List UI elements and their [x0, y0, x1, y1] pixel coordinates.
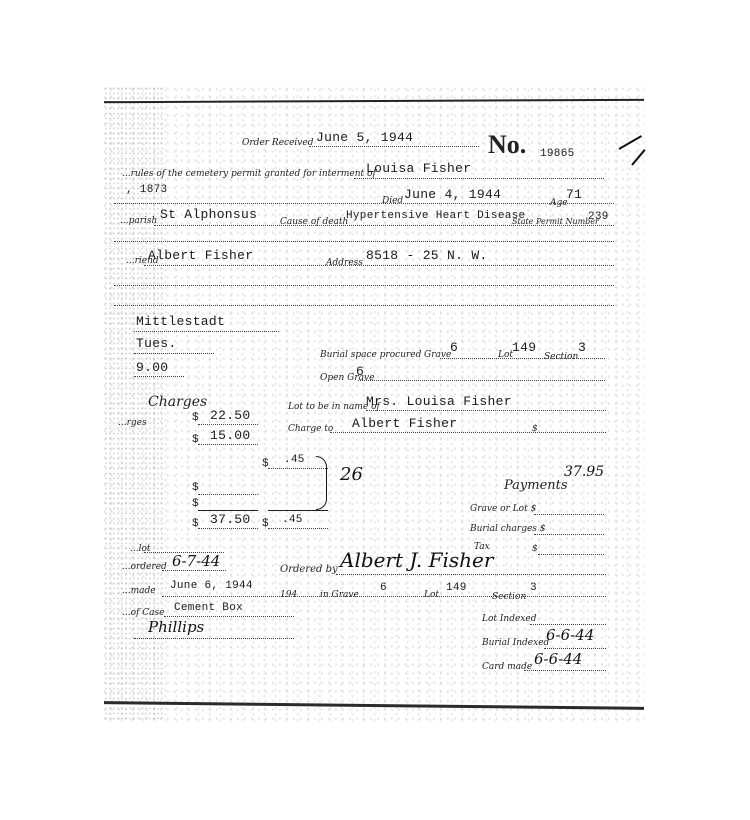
lot-indexed-line — [530, 624, 606, 625]
charges-dollar-4: $ — [192, 482, 199, 494]
died-label: Died — [382, 196, 403, 206]
card-made-value: 6-6-44 — [534, 650, 582, 668]
permit-number-value: 239 — [588, 211, 609, 223]
lot-name-line — [366, 410, 606, 411]
undertaker-line — [134, 331, 279, 332]
made-value: June 6, 1944 — [170, 580, 253, 592]
case-value: Cement Box — [174, 602, 243, 614]
charge-to-label: Charge to — [288, 424, 333, 434]
section-value: 3 — [578, 340, 586, 355]
permit-label: ...rules of the cemetery permit granted … — [122, 169, 376, 179]
open-grave-value: 6 — [356, 364, 364, 379]
section-value-2: 3 — [530, 582, 537, 594]
tax-dollar: $ — [532, 544, 538, 554]
case-line — [164, 616, 294, 617]
charges-heading: Charges — [148, 394, 207, 410]
signed-by-line — [134, 638, 294, 639]
made-label: ...made — [122, 586, 156, 596]
parish-line — [154, 225, 614, 226]
section-label: Section — [544, 352, 578, 362]
interment-of-value: Louisa Fisher — [366, 161, 471, 176]
open-grave-label: Open Grave — [320, 373, 374, 383]
charge-amount-1: 22.50 — [210, 408, 251, 423]
handwritten-brace-icon — [316, 456, 327, 510]
charge-line-4 — [198, 494, 258, 495]
bottom-border-rule — [104, 701, 644, 710]
address-line — [144, 265, 614, 266]
charge-extra-3: .45 — [284, 454, 305, 466]
charge-line-2 — [198, 444, 258, 445]
parish-value: St Alphonsus — [160, 207, 257, 222]
year-prefix-label: 194 — [280, 590, 297, 600]
ordered-line — [162, 570, 226, 571]
order-received-line — [309, 146, 479, 147]
burial-indexed-line — [544, 648, 606, 649]
burial-space-label: Burial space procured — [320, 350, 421, 360]
charge-sum-rule — [198, 510, 258, 511]
charges-first-label: ...rges — [118, 418, 147, 428]
ordered-date: 6-7-44 — [172, 552, 220, 570]
lot-value-2: 149 — [446, 582, 467, 594]
charges-dollar-1: $ — [192, 412, 199, 424]
charge-line-1 — [198, 424, 258, 425]
charge-total-extra-line — [268, 528, 328, 529]
burial-space-line — [440, 358, 605, 359]
lot-name-value: Mrs. Louisa Fisher — [366, 394, 512, 409]
time-line — [134, 376, 184, 377]
grave-value: 6 — [450, 340, 458, 355]
record-number: 19865 — [540, 148, 575, 160]
blank-line-3 — [114, 305, 614, 306]
section-label-2: Section — [492, 592, 526, 602]
parish-label: ...parish — [120, 216, 157, 226]
charge-amount-2: 15.00 — [210, 428, 251, 443]
signed-by: Phillips — [148, 618, 204, 636]
charge-total-extra: .45 — [282, 514, 303, 526]
open-grave-line — [358, 380, 605, 381]
order-received-value: June 5, 1944 — [316, 130, 413, 145]
lot-indexed-label: Lot Indexed — [482, 614, 536, 624]
lot-label-2: Lot — [424, 590, 439, 600]
age-value: 71 — [566, 187, 582, 202]
burial-record-card: Order Received June 5, 1944 No. 19865 ..… — [104, 86, 644, 722]
address-value: 8518 - 25 N. W. — [366, 248, 488, 263]
ordered-label: ...ordered — [122, 562, 167, 572]
undertaker-value: Mittlestadt — [136, 314, 225, 329]
in-grave-value: 6 — [380, 582, 387, 594]
interment-line — [354, 178, 604, 179]
case-label: ...of Case — [122, 608, 164, 618]
cause-of-death-value: Hypertensive Heart Disease — [346, 210, 525, 222]
blank-line-2 — [114, 285, 614, 286]
born-died-line — [114, 203, 614, 204]
day-line — [134, 353, 214, 354]
charge-total: 37.50 — [210, 512, 251, 527]
handwritten-note: 26 — [340, 464, 363, 485]
burial-charges-label: Burial charges $ — [470, 524, 546, 534]
number-label: No. — [488, 130, 526, 160]
tax-line — [538, 554, 604, 555]
friend-value: Albert Fisher — [148, 248, 253, 263]
payments-heading: Payments — [504, 478, 568, 493]
burial-charges-line — [534, 534, 604, 535]
grave-or-lot-line — [534, 514, 604, 515]
payments-handwritten-total: 37.95 — [564, 464, 604, 480]
blank-line-1 — [114, 241, 614, 242]
lot-value: 149 — [512, 340, 536, 355]
day-value: Tues. — [136, 336, 177, 351]
grave-or-lot-label: Grave or Lot $ — [470, 504, 536, 514]
charge-total-line — [198, 528, 258, 529]
died-value: June 4, 1944 — [404, 187, 501, 202]
charge-extra-sum-rule — [268, 510, 328, 511]
charge-to-line — [330, 432, 606, 433]
charge-to-value: Albert Fisher — [352, 416, 457, 431]
charges-dollar-5: $ — [192, 498, 199, 510]
ordered-by-label: Ordered by — [280, 564, 338, 575]
ordered-by-line — [336, 574, 606, 575]
burial-indexed-value: 6-6-44 — [546, 626, 594, 644]
card-made-line — [524, 670, 606, 671]
top-border-rule — [104, 99, 644, 103]
born-value: , 1873 — [126, 184, 167, 196]
time-value: 9.00 — [136, 360, 168, 375]
ordered-by-signature: Albert J. Fisher — [340, 548, 493, 572]
address-label: Address — [326, 258, 363, 268]
check-mark-tail-icon — [631, 149, 645, 166]
in-grave-label: in Grave — [320, 590, 359, 600]
burial-indexed-label: Burial Indexed — [482, 638, 549, 648]
check-mark-icon — [619, 135, 643, 150]
made-line — [162, 596, 606, 597]
order-received-label: Order Received — [242, 138, 313, 148]
